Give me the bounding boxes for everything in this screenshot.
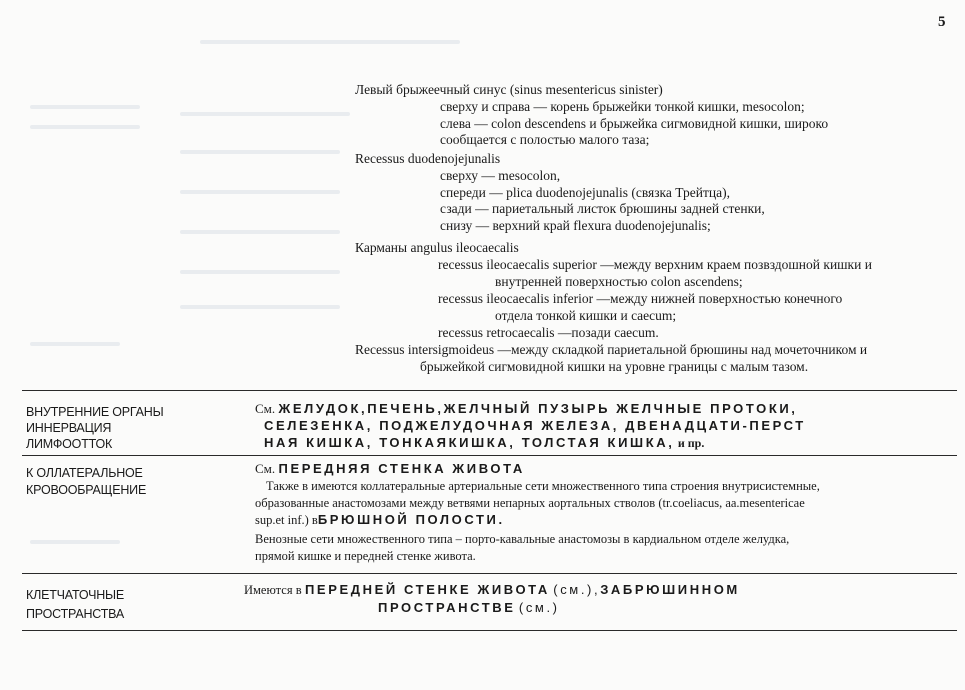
ileocaecal-item: recessus ileocaecalis superior —между ве… bbox=[438, 257, 872, 273]
paragraph-text: sup.et inf.) в bbox=[255, 513, 318, 527]
row-content: См. ЖЕЛУДОК,ПЕЧЕНЬ,ЖЕЛЧНЫЙ ПУЗЫРЬ ЖЕЛЧНЫ… bbox=[255, 401, 798, 417]
organ-list-line: ЖЕЛУДОК,ПЕЧЕНЬ,ЖЕЛЧНЫЙ ПУЗЫРЬ ЖЕЛЧНЫЕ ПР… bbox=[279, 401, 798, 416]
intersigmoid-line: Recessus intersigmoideus —между складкой… bbox=[355, 342, 867, 358]
row-label: ПРОСТРАНСТВА bbox=[26, 605, 124, 624]
row-label: К ОЛЛАТЕРАЛЬНОЕ bbox=[26, 465, 146, 482]
duodenojejunal-line: снизу — верхний край flexura duodenojeju… bbox=[440, 218, 765, 235]
row-labels: К ОЛЛАТЕРАЛЬНОЕ КРОВООБРАЩЕНИЕ bbox=[26, 465, 146, 499]
row-label: ВНУТРЕННИЕ ОРГАНЫ bbox=[26, 404, 164, 420]
reference-heading: БРЮШНОЙ ПОЛОСТИ. bbox=[318, 512, 505, 527]
ileocaecal-item-cont: внутренней поверхностью colon ascendens; bbox=[495, 274, 743, 290]
divider bbox=[22, 630, 957, 631]
page-number: 5 bbox=[938, 14, 946, 31]
divider bbox=[22, 390, 957, 391]
left-sinus-line: слева — colon descendens и брыжейка сигм… bbox=[440, 116, 828, 133]
row-content: См. ПЕРЕДНЯЯ СТЕНКА ЖИВОТА bbox=[255, 461, 525, 477]
paragraph-line: Также в имеются коллатеральные артериаль… bbox=[266, 478, 820, 494]
ileocaecal-title: Карманы angulus ileocaecalis bbox=[355, 240, 519, 256]
reference-heading: ЗАБРЮШИННОМ bbox=[600, 582, 740, 597]
paragraph-line: прямой кишке и передней стенке живота. bbox=[255, 548, 476, 564]
duodenojejunal-line: спереди — plica duodenojejunalis (связка… bbox=[440, 185, 765, 202]
see-note: (см.) bbox=[519, 600, 560, 615]
paragraph-line: sup.et inf.) вБРЮШНОЙ ПОЛОСТИ. bbox=[255, 512, 505, 528]
left-sinus-lines: сверху и справа — корень брыжейки тонкой… bbox=[440, 99, 828, 149]
ileocaecal-item: recessus retrocaecalis —позади caecum. bbox=[438, 325, 659, 341]
duodenojejunal-title: Recessus duodenojejunalis bbox=[355, 151, 500, 167]
row-label: КРОВООБРАЩЕНИЕ bbox=[26, 482, 146, 499]
see-note: (см.), bbox=[553, 582, 600, 597]
duodenojejunal-lines: сверху — mesocolon, спереди — plica duod… bbox=[440, 168, 765, 234]
reference-heading: ПЕРЕДНЯЯ СТЕНКА ЖИВОТА bbox=[279, 461, 525, 476]
divider bbox=[22, 455, 957, 456]
reference-heading: ПЕРЕДНЕЙ СТЕНКЕ ЖИВОТА bbox=[305, 582, 550, 597]
paragraph-line: Венозные сети множественного типа – порт… bbox=[255, 531, 789, 547]
reference-heading: ПРОСТРАНСТВЕ bbox=[378, 600, 516, 615]
see-prefix: См. bbox=[255, 401, 275, 416]
duodenojejunal-line: сзади — париетальный листок брюшины задн… bbox=[440, 201, 765, 218]
row-content: ПРОСТРАНСТВЕ (см.) bbox=[378, 600, 560, 616]
row-content: Имеются в ПЕРЕДНЕЙ СТЕНКЕ ЖИВОТА (см.),З… bbox=[244, 582, 740, 598]
row-labels: ВНУТРЕННИЕ ОРГАНЫ ИННЕРВАЦИЯ ЛИМФООТТОК bbox=[26, 404, 164, 452]
row-label: ЛИМФООТТОК bbox=[26, 436, 164, 452]
ileocaecal-item-cont: отдела тонкой кишки и caecum; bbox=[495, 308, 676, 324]
left-sinus-line: сообщается с полостью малого таза; bbox=[440, 132, 828, 149]
organ-list-line: СЕЛЕЗЕНКА, ПОДЖЕЛУДОЧНАЯ ЖЕЛЕЗА, ДВЕНАДЦ… bbox=[264, 418, 806, 434]
row-label: ИННЕРВАЦИЯ bbox=[26, 420, 164, 436]
ileocaecal-item: recessus ileocaecalis inferior —между ни… bbox=[438, 291, 842, 307]
intersigmoid-line: брыжейкой сигмовидной кишки на уровне гр… bbox=[420, 359, 808, 375]
divider bbox=[22, 573, 957, 574]
left-sinus-title: Левый брыжеечный синус (sinus mesenteric… bbox=[355, 82, 663, 98]
row-labels: КЛЕТЧАТОЧНЫЕ ПРОСТРАНСТВА bbox=[26, 586, 124, 624]
duodenojejunal-line: сверху — mesocolon, bbox=[440, 168, 765, 185]
see-prefix: См. bbox=[255, 461, 275, 476]
etc-suffix: и пр. bbox=[678, 436, 705, 450]
left-sinus-line: сверху и справа — корень брыжейки тонкой… bbox=[440, 99, 828, 116]
row-content: НАЯ КИШКА, ТОНКАЯКИШКА, ТОЛСТАЯ КИШКА, и… bbox=[264, 435, 704, 451]
row-label: КЛЕТЧАТОЧНЫЕ bbox=[26, 586, 124, 605]
paragraph-line: образованные анастомозами между ветвями … bbox=[255, 495, 805, 511]
organ-list-line: НАЯ КИШКА, ТОНКАЯКИШКА, ТОЛСТАЯ КИШКА, bbox=[264, 435, 674, 450]
present-prefix: Имеются в bbox=[244, 583, 302, 597]
